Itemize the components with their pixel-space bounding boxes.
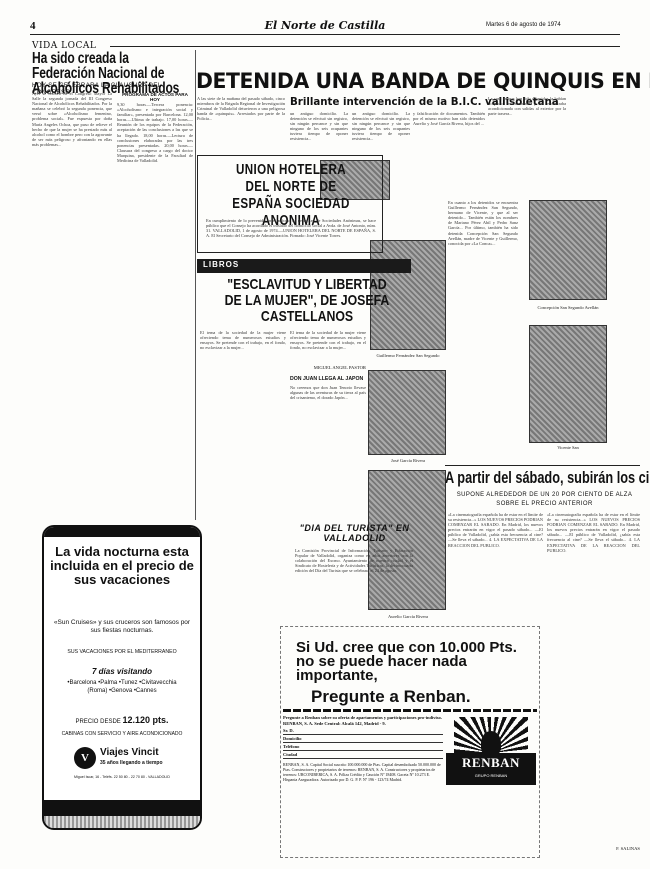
form-field-phone[interactable]: Teléfono (283, 744, 443, 751)
union-hotelera-notice: UNION HOTELERA DEL NORTE DE ESPAÑA SOCIE… (197, 155, 383, 253)
turista-headline: "DIA DEL TURISTA" EN VALLADOLID (292, 523, 417, 543)
ad-renban[interactable]: Si Ud. cree que con 10.000 Pts. no se pu… (280, 626, 540, 858)
libros-signature: MIGUEL ANGEL PASTOR (290, 365, 366, 370)
ad-renban-cta[interactable]: Pregunte a Renban. (311, 687, 471, 707)
owl-icon (481, 731, 501, 755)
libros-bar: LIBROS (197, 259, 411, 273)
turista-body: La Comisión Provincial de Información, T… (295, 548, 413, 610)
renban-logo-plate: RENBAN GRUPO RENBAN (446, 753, 536, 785)
photo-vicente (529, 325, 607, 443)
main-story-col4: La casa en que han sido detenidos la hab… (488, 96, 566, 186)
newspaper-name: El Norte de Castilla (215, 19, 435, 32)
photo-caption: Concepción San Segundo Avellán (522, 305, 614, 310)
price-label: PRECIO DESDE (75, 719, 120, 725)
main-story-col5: En cuanto a los detenidos se encuentra G… (448, 200, 518, 445)
masthead-rule (30, 34, 620, 35)
ad-bottom-stripe (44, 816, 200, 828)
photo-caption: José García Rivera (368, 458, 448, 463)
section-rule (110, 46, 620, 47)
ad-vincit-subtitle: SUS VACACIONES POR EL MEDITERRANEO (44, 649, 200, 655)
union-hotelera-body: En cumplimiento de lo prevenido en el ar… (206, 218, 376, 250)
price-value: 12.120 pts. (122, 715, 168, 725)
cines-rule (445, 465, 640, 466)
ad-vincit-price: PRECIO DESDE 12.120 pts. (44, 715, 200, 725)
main-story-col2: un antiguo domicilio. La detención se ef… (290, 111, 348, 157)
libros-body: El tema de la sociedad de la mujer viene… (200, 330, 286, 515)
ad-vincit-cabins: CABINAS CON SERVICIO Y AIRE ACONDICIONAD… (44, 731, 200, 737)
ad-bottom-band (44, 800, 200, 816)
ad-vincit-tagline: «Sun Cruises» y sus cruceros son famosos… (44, 619, 200, 635)
turista-article: "DIA DEL TURISTA" EN VALLADOLID La Comis… (292, 518, 417, 615)
main-headline: DETENIDA UNA BANDA DE QUINQUIS EN NUESTR… (196, 69, 603, 93)
photo-caption: Vicente San (522, 445, 614, 450)
ad-vincit-brand-tagline: 35 años llegando a tiempo (100, 760, 200, 766)
form-field-name[interactable]: Sr. D. (283, 728, 443, 735)
ad-vincit-headline: La vida nocturna esta incluida en el pre… (44, 545, 200, 587)
libros-headline: "ESCLAVITUD Y LIBERTAD DE LA MUJER", DE … (220, 277, 394, 325)
issue-date: Martes 6 de agosto de 1974 (486, 22, 561, 28)
column-divider (195, 50, 196, 520)
japon-subheadline: DON JUAN LLEGA AL JAPON (290, 376, 366, 382)
cines-body-col2: «La cinematografía española ha de estar … (547, 512, 640, 842)
ad-viajes-vincit[interactable]: La vida nocturna esta incluida en el pre… (42, 525, 202, 830)
coupon-cut-line (283, 709, 537, 712)
japon-body: No creemos que don Juan Tenorio llevase … (290, 385, 366, 510)
vincit-logo-icon: V (74, 747, 96, 769)
cines-subheadline: SUPONE ALREDEDOR DE UN 20 POR CIENTO DE … (448, 491, 641, 509)
renban-legal: RENBAN, S. A. Capital Social suscrito 10… (283, 762, 443, 782)
main-subheadline: Brillante intervención de la B.I.C. vall… (290, 95, 513, 108)
page-number: 4 (30, 20, 36, 32)
libros-body-cont: El tema de la sociedad de la mujer viene… (290, 330, 366, 362)
renban-logo-name: RENBAN (446, 753, 536, 773)
federacion-program-title: PROGRAMA DE ACTOS PARA HOY (117, 92, 193, 102)
ad-vincit-brand: Viajes Vincit (100, 747, 200, 758)
federacion-body-col1: Ayer se celebró en el Congreso Mayor La … (32, 91, 112, 511)
cines-signature: F. SALINAS (547, 846, 640, 851)
renban-coupon-form: Pregunte a Renban sobre su oferta de apa… (283, 715, 443, 782)
main-story-intro: A las siete de la mañana del pasado sába… (197, 96, 285, 152)
ad-vincit-destinations: •Barcelona •Palma •Tunez •Civitavecchia … (44, 679, 200, 695)
main-story-col2b: un antiguo domicilio. La detención se ef… (352, 111, 410, 157)
renban-logo: RENBAN GRUPO RENBAN (446, 717, 536, 785)
ad-vincit-address: Miguel Iscar, 16 - Teléfs. 22 50 80 - 22… (44, 775, 200, 779)
form-intro: Pregunte a Renban sobre su oferta de apa… (283, 715, 443, 726)
form-field-city[interactable]: Ciudad (283, 752, 443, 759)
main-story-col3: y falsificación de documentos. También p… (413, 111, 485, 211)
ad-renban-question: Si Ud. cree que con 10.000 Pts. no se pu… (296, 641, 536, 683)
photo-caption: Guillermo Fernández San Segundo (368, 353, 448, 358)
form-field-address[interactable]: Domicilio (283, 736, 443, 743)
ad-vincit-days: 7 días visitando (44, 667, 200, 676)
photo-jose (368, 370, 446, 455)
photo-concepcion (529, 200, 607, 300)
libros-label: LIBROS (203, 260, 239, 269)
cines-headline: A partir del sábado, subirán los cines (445, 468, 640, 488)
federacion-body-col2: 9,30 horas.—Tercera ponencia: «Alcoholis… (117, 102, 193, 512)
renban-logo-group: GRUPO RENBAN (446, 773, 536, 778)
ad-top-band (44, 527, 200, 537)
